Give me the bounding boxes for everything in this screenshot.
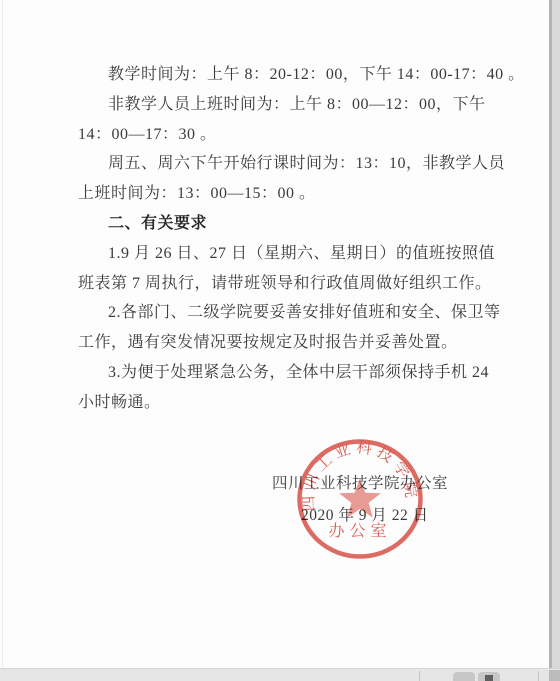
doc-line: 14：00—17：30 。: [78, 120, 490, 150]
app-window: 教学时间为：上午 8：20-12：00，下午 14：00-17：40 。 非教学…: [0, 0, 560, 681]
bottom-bar-button[interactable]: [453, 672, 475, 681]
vertical-scrollbar[interactable]: [549, 0, 560, 668]
doc-line: 1.9 月 26 日、27 日（星期六、星期日）的值班按照值: [78, 239, 490, 269]
doc-line: 周五、周六下午开始行课时间为：13：10，非教学人员: [78, 149, 490, 179]
official-seal-stamp: 四川工业科技学院 办公室: [295, 437, 425, 561]
doc-line: 上班时间为：13：00—15：00 。: [78, 179, 490, 209]
section-heading: 二、有关要求: [78, 209, 490, 239]
document-body: 教学时间为：上午 8：20-12：00，下午 14：00-17：40 。 非教学…: [78, 60, 490, 418]
bottom-bar-separator: [419, 671, 420, 681]
doc-line: 3.为便于处理紧急公务，全体中层干部须保持手机 24: [78, 358, 490, 388]
bottom-bar-corner: [549, 670, 560, 681]
page-edge-line: [2, 0, 3, 668]
signature-organization: 四川工业科技学院办公室: [272, 471, 448, 493]
doc-line: 班表第 7 周执行，请带班领导和行政值周做好组织工作。: [78, 269, 490, 299]
seal-ring: [300, 442, 421, 557]
signature-date: 2020 年 9 月 22 日: [301, 503, 429, 525]
doc-line: 教学时间为：上午 8：20-12：00，下午 14：00-17：40 。: [78, 60, 490, 90]
doc-line: 工作，遇有突发情况要按规定及时报告并妥善处置。: [78, 328, 490, 358]
document-page: 教学时间为：上午 8：20-12：00，下午 14：00-17：40 。 非教学…: [0, 0, 549, 668]
bottom-bar-button[interactable]: [478, 672, 500, 681]
bottom-bar: [0, 668, 560, 681]
doc-line: 小时畅通。: [78, 388, 490, 418]
square-icon: [485, 675, 493, 681]
doc-line: 2.各部门、二级学院要妥善安排好值班和安全、保卫等: [78, 298, 490, 328]
doc-line: 非教学人员上班时间为：上午 8：00—12：00，下午: [78, 90, 490, 120]
bottom-bar-separator: [538, 671, 539, 681]
